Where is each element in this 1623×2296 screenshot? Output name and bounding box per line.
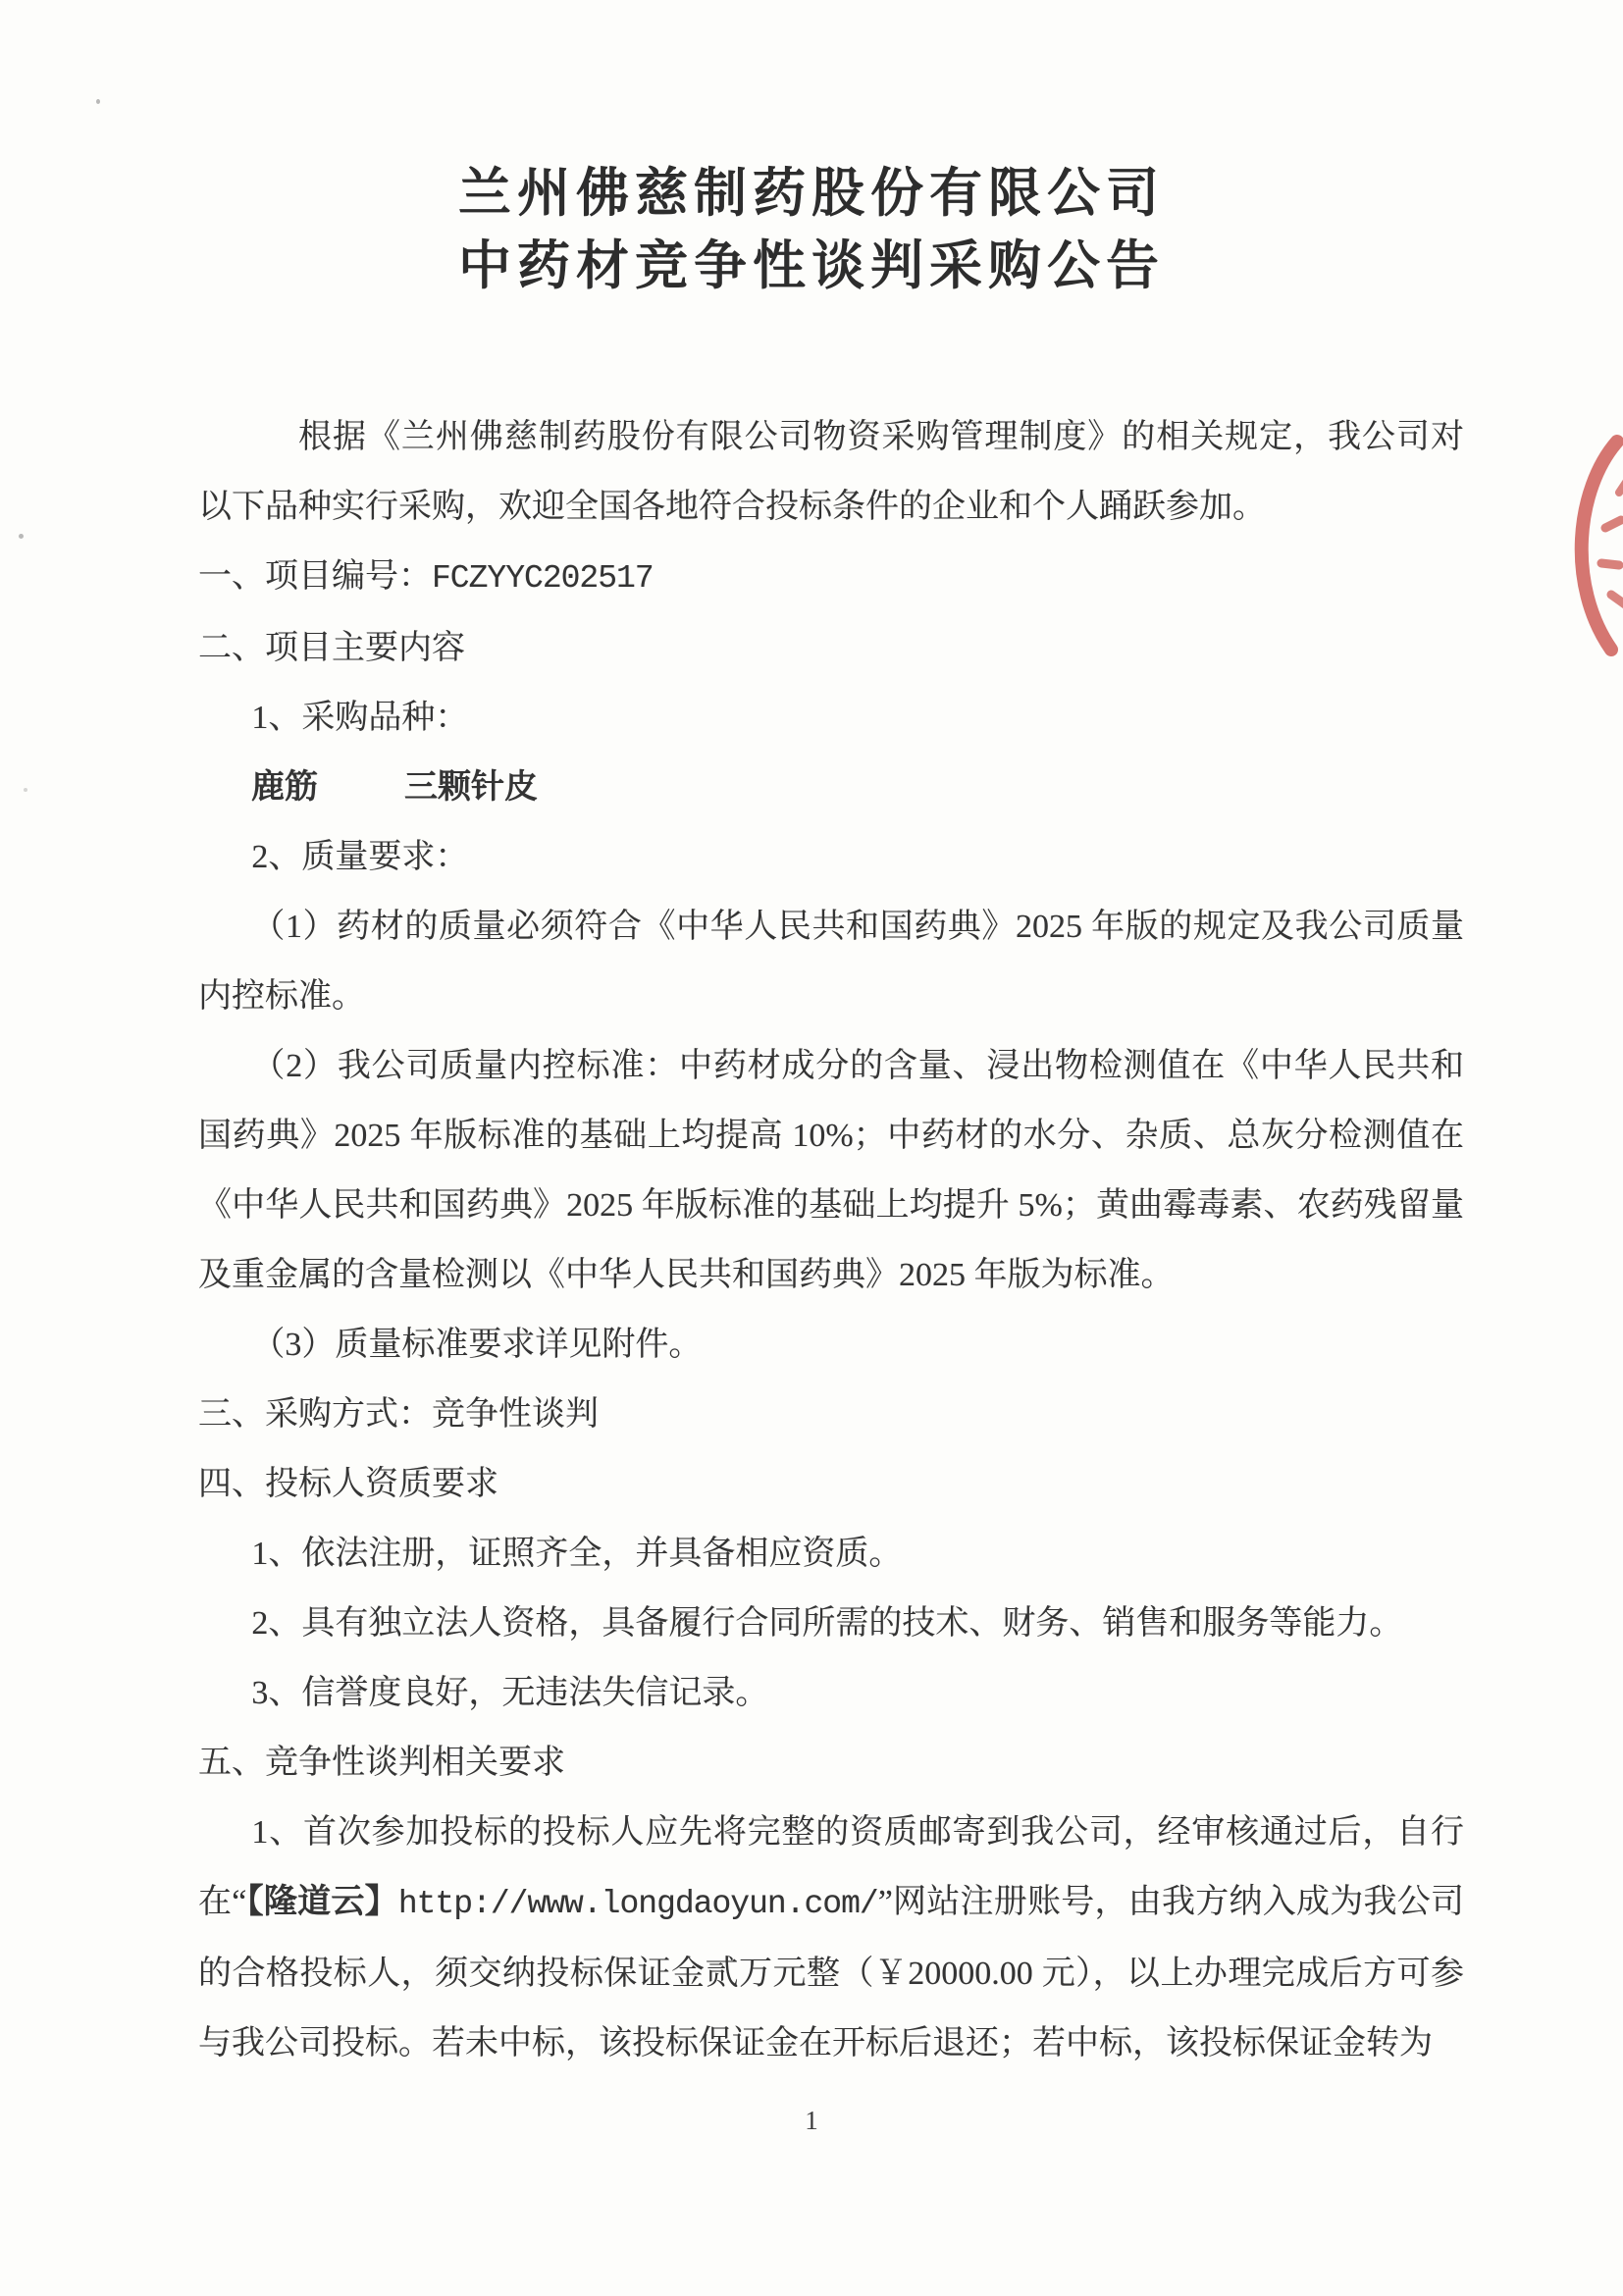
quality-clause-2: （2）我公司质量内控标准：中药材成分的含量、浸出物检测值在《中华人民共和国药典》… <box>198 1031 1464 1310</box>
product-item-lujin: 鹿筋 <box>251 769 318 806</box>
document-page: 兰州佛慈制药股份有限公司 中药材竞争性谈判采购公告 根据《兰州佛慈制药股份有限公… <box>0 0 1623 2296</box>
longdaoyun-brand: 【隆道云】 <box>246 1884 397 1920</box>
quality-requirement-heading: 2、质量要求： <box>198 822 1464 892</box>
announcement-title: 中药材竞争性谈判采购公告 <box>0 230 1623 302</box>
red-seal-stamp-fragment <box>1554 436 1623 655</box>
quality-clause-1: （1）药材的质量必须符合《中华人民共和国药典》2025 年版的规定及我公司质量内… <box>198 892 1464 1031</box>
purchase-variety-heading: 1、采购品种： <box>198 683 1464 753</box>
section-heading-main-content: 二、项目主要内容 <box>198 613 1464 683</box>
document-title: 兰州佛慈制药股份有限公司 中药材竞争性谈判采购公告 <box>0 157 1623 302</box>
project-number-value: FCZYYC202517 <box>432 560 654 597</box>
project-number-line: 一、项目编号：FCZYYC202517 <box>198 542 1464 613</box>
page-number: 1 <box>0 2106 1623 2136</box>
document-body: 根据《兰州佛慈制药股份有限公司物资采购管理制度》的相关规定，我公司对以下品种实行… <box>0 302 1623 2078</box>
intro-paragraph: 根据《兰州佛慈制药股份有限公司物资采购管理制度》的相关规定，我公司对以下品种实行… <box>198 402 1464 542</box>
negotiation-requirement-1: 1、首次参加投标的投标人应先将完整的资质邮寄到我公司，经审核通过后，自行在“【隆… <box>198 1798 1464 2078</box>
scan-artifact <box>24 788 27 792</box>
company-name: 兰州佛慈制药股份有限公司 <box>0 157 1623 230</box>
longdaoyun-url: http://www.longdaoyun.com/ <box>398 1886 878 1922</box>
section-bidder-qualifications: 四、投标人资质要求 <box>198 1449 1464 1519</box>
qualification-item-3: 3、信誉度良好，无违法失信记录。 <box>198 1658 1464 1728</box>
quality-clause-3: （3）质量标准要求详见附件。 <box>198 1310 1464 1380</box>
project-number-label: 一、项目编号： <box>198 558 432 595</box>
scan-artifact <box>19 534 24 539</box>
products-line: 鹿筋三颗针皮 <box>198 753 1464 822</box>
qualification-item-2: 2、具有独立法人资格，具备履行合同所需的技术、财务、销售和服务等能力。 <box>198 1589 1464 1658</box>
section-negotiation-requirements: 五、竞争性谈判相关要求 <box>198 1728 1464 1798</box>
section-procurement-method: 三、采购方式：竞争性谈判 <box>198 1380 1464 1449</box>
product-item-sankezhenpi: 三颗针皮 <box>404 769 538 806</box>
qualification-item-1: 1、依法注册，证照齐全，并具备相应资质。 <box>198 1519 1464 1589</box>
scan-artifact <box>96 99 100 104</box>
